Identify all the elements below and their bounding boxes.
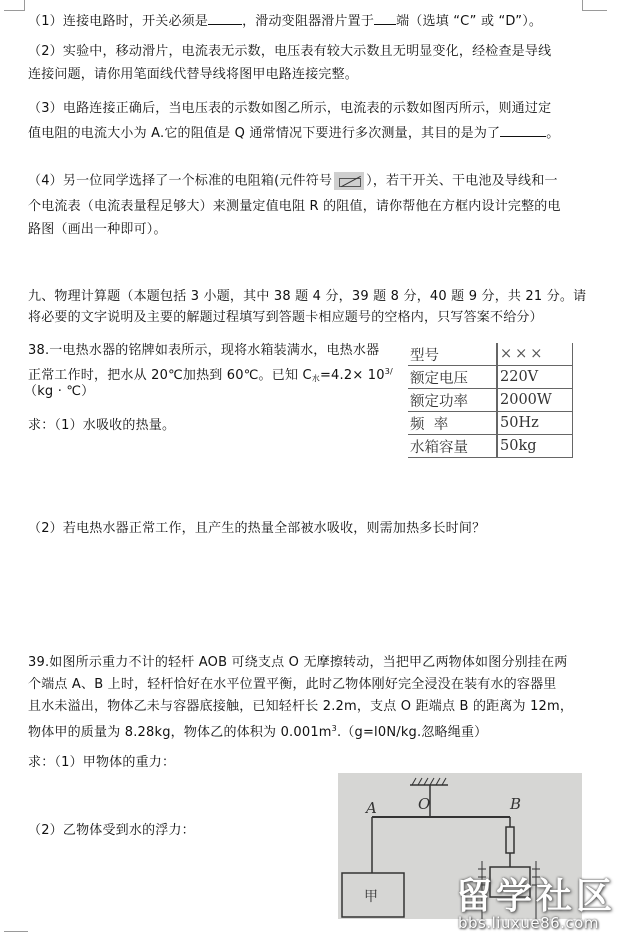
table-row: 频 率50Hz [408, 412, 573, 435]
q39-line4: 物体甲的质量为 8.28kg，物体乙的体积为 0.001m3.（g=l0N/kg… [28, 721, 487, 741]
q37-part3-line1: （3）电路连接正确后，当电压表的示数如图乙所示，电流表的示数如图丙所示，则通过定 [28, 101, 551, 117]
answer-blank[interactable] [374, 12, 396, 25]
table-row: 型号××× [408, 343, 573, 366]
q37-part4-line3: 路图（画出一种即可）。 [28, 222, 167, 238]
q37-part4-line1: （4）另一位同学选择了一个标准的电阻箱(元件符号），若干开关、干电池及导线和一 [28, 172, 558, 190]
resistance-box-symbol-icon [334, 172, 364, 190]
svg-text:A: A [364, 799, 377, 817]
table-row: 额定电压220V [408, 366, 573, 389]
q39-line3: 且水未溢出，物体乙未与容器底接触，已知轻杆长 2.2m，支点 O 距端点 B 的… [28, 699, 573, 715]
q37-part1: （1）连接电路时，开关必须是，滑动变阻器滑片置于端（选填 “C” 或 “D”）。 [28, 12, 542, 30]
q39-line2: 个端点 A、B 上时，轻杆恰好在水平位置平衡，此时乙物体刚好完全浸没在装有水的容… [28, 677, 556, 693]
q38-ask1: 求：（1）水吸收的热量。 [28, 418, 175, 434]
svg-text:甲: 甲 [364, 889, 378, 905]
q39-line1: 39.如图所示重力不计的轻杆 AOB 可绕支点 O 无摩擦转动，当把甲乙两物体如… [28, 655, 567, 671]
q37-part3-line2: 值电阻的电流大小为 A.它的阻值是 Q 通常情况下要进行多次测量，其目的是为了。 [28, 124, 559, 142]
nameplate-spec-table: 型号××× 额定电压220V 额定功率2000W 频 率50Hz 水箱容量50k… [408, 343, 573, 458]
svg-text:B: B [509, 795, 521, 813]
q38-line3: （kg · ℃） [24, 384, 94, 400]
q37-part2-line1: （2）实验中，移动滑片，电流表无示数，电压表有较大示数且无明显变化，经检查是导线 [28, 44, 551, 60]
q39-ask1: 求：（1）甲物体的重力： [28, 755, 175, 771]
page-corner-mark [4, 0, 25, 11]
site-watermark: 留学社区 bbs.liuxue86.com [456, 868, 624, 942]
page-corner-mark [582, 0, 607, 11]
q37-part4-line2: 个电流表（电流表量程足够大）来测量定值电阻 R 的阻值，请你帮他在方框内设计完整… [28, 199, 561, 215]
page-corner-mark [4, 931, 28, 942]
section9-heading-line2: 将必要的文字说明及主要的解题过程填写到答题卡相应题号的空格内，只写答案不给分） [28, 310, 543, 326]
section9-heading-line1: 九、物理计算题（本题包括 3 小题，其中 38 题 4 分，39 题 8 分，4… [28, 289, 586, 305]
q38-ask2: （2）若电热水器正常工作，且产生的热量全部被水吸收，则需加热多长时间？ [28, 521, 485, 537]
q37-part2-line2: 连接问题，请你用笔面线代替导线将图甲电路连接完整。 [28, 67, 358, 83]
q39-ask2: （2）乙物体受到水的浮力： [28, 823, 195, 839]
table-row: 水箱容量50kg [408, 435, 573, 458]
answer-blank[interactable] [208, 12, 242, 25]
answer-blank[interactable] [500, 124, 546, 137]
table-row: 额定功率2000W [408, 389, 573, 412]
svg-text:O: O [418, 795, 430, 813]
q38-line1: 38.一电热水器的铭牌如表所示，现将水箱装满水，电热水器 [28, 343, 379, 359]
